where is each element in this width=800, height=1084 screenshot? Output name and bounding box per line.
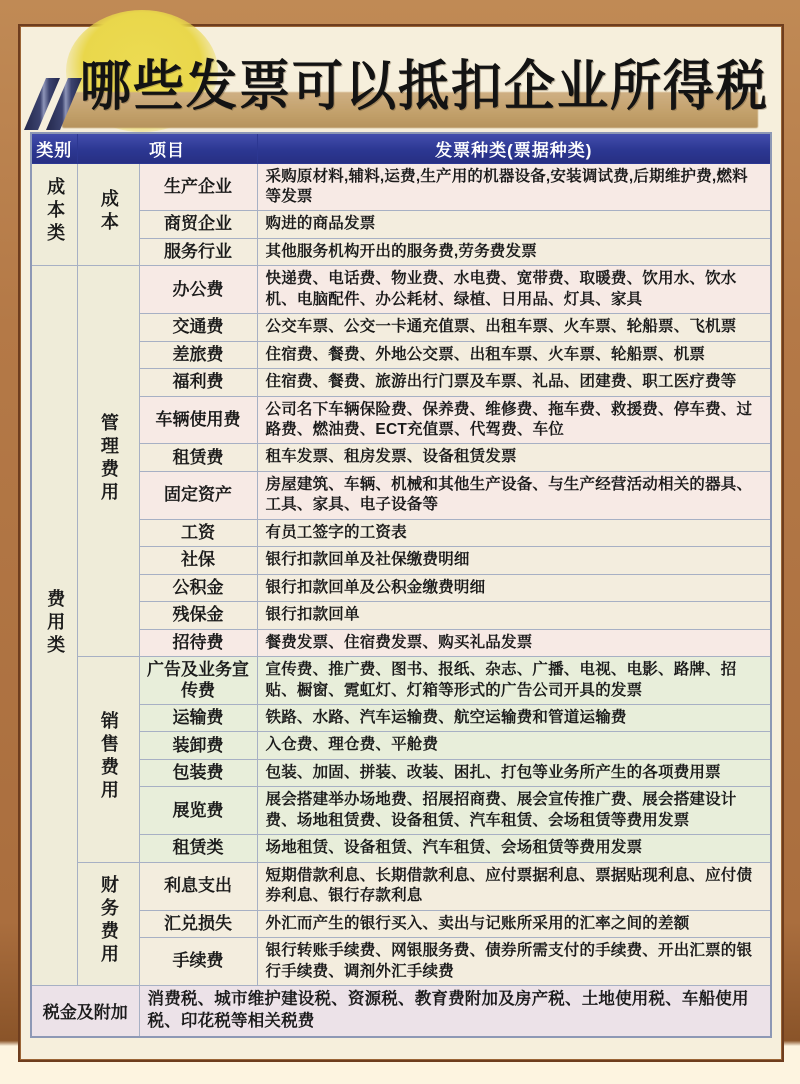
header-item: 项目 bbox=[77, 133, 257, 163]
invoice-desc-cell: 有员工签字的工资表 bbox=[257, 519, 771, 546]
invoice-desc-cell: 住宿费、餐费、旅游出行门票及车票、礼品、团建费、职工医疗费等 bbox=[257, 369, 771, 396]
item-cell: 生产企业 bbox=[139, 163, 257, 211]
item-cell: 工资 bbox=[139, 519, 257, 546]
table-row: 差旅费住宿费、餐费、外地公交票、出租车票、火车票、轮船票、机票 bbox=[31, 341, 771, 368]
table-row: 成本类成本生产企业采购原材料,辅料,运费,生产用的机器设备,安装调试费,后期维护… bbox=[31, 163, 771, 211]
table-header: 类别 项目 发票种类(票据种类) bbox=[31, 133, 771, 163]
table-body: 成本类成本生产企业采购原材料,辅料,运费,生产用的机器设备,安装调试费,后期维护… bbox=[31, 163, 771, 1037]
table-row: 固定资产房屋建筑、车辆、机械和其他生产设备、与生产经营活动相关的器具、工具、家具… bbox=[31, 471, 771, 519]
header-row: 类别 项目 发票种类(票据种类) bbox=[31, 133, 771, 163]
group-label: 成本 bbox=[98, 189, 118, 235]
invoice-desc-cell: 场地租赁、设备租赁、汽车租赁、会场租赁等费用发票 bbox=[257, 835, 771, 862]
header-invoice-type: 发票种类(票据种类) bbox=[257, 133, 771, 163]
table-row: 社保银行扣款回单及社保缴费明细 bbox=[31, 547, 771, 574]
invoice-desc-cell: 外汇而产生的银行买入、卖出与记账所采用的汇率之间的差额 bbox=[257, 910, 771, 937]
invoice-desc-cell: 展会搭建举办场地费、招展招商费、展会宣传推广费、展会搭建设计费、场地租赁费、设备… bbox=[257, 787, 771, 835]
invoice-desc-cell: 宣传费、推广费、图书、报纸、杂志、广播、电视、电影、路牌、招贴、橱窗、霓虹灯、灯… bbox=[257, 657, 771, 705]
table-row: 招待费餐费发票、住宿费发票、购买礼品发票 bbox=[31, 629, 771, 656]
invoice-desc-cell: 短期借款利息、长期借款利息、应付票据利息、票据贴现利息、应付债券利息、银行存款利… bbox=[257, 862, 771, 910]
invoice-desc-cell: 公司名下车辆保险费、保养费、维修费、拖车费、救援费、停车费、过路费、燃油费、EC… bbox=[257, 396, 771, 444]
table-row: 残保金银行扣款回单 bbox=[31, 602, 771, 629]
invoice-desc-cell: 住宿费、餐费、外地公交票、出租车票、火车票、轮船票、机票 bbox=[257, 341, 771, 368]
item-cell: 社保 bbox=[139, 547, 257, 574]
table-row: 汇兑损失外汇而产生的银行买入、卖出与记账所采用的汇率之间的差额 bbox=[31, 910, 771, 937]
category-cell: 费用类 bbox=[31, 266, 77, 986]
invoice-desc-cell: 银行扣款回单及公积金缴费明细 bbox=[257, 574, 771, 601]
header-category: 类别 bbox=[31, 133, 77, 163]
item-cell: 运输费 bbox=[139, 705, 257, 732]
item-cell: 招待费 bbox=[139, 629, 257, 656]
item-cell: 残保金 bbox=[139, 602, 257, 629]
item-cell: 交通费 bbox=[139, 314, 257, 341]
table-row: 装卸费入仓费、理仓费、平舱费 bbox=[31, 732, 771, 759]
invoice-desc-cell: 采购原材料,辅料,运费,生产用的机器设备,安装调试费,后期维护费,燃料等发票 bbox=[257, 163, 771, 211]
item-cell: 装卸费 bbox=[139, 732, 257, 759]
table-row-taxes: 税金及附加消费税、城市维护建设税、资源税、教育费附加及房产税、土地使用税、车船使… bbox=[31, 986, 771, 1037]
group-label: 财务费用 bbox=[98, 875, 118, 967]
item-cell: 利息支出 bbox=[139, 862, 257, 910]
invoice-desc-cell: 银行扣款回单 bbox=[257, 602, 771, 629]
taxes-category-cell: 税金及附加 bbox=[31, 986, 139, 1037]
table-row: 财务费用利息支出短期借款利息、长期借款利息、应付票据利息、票据贴现利息、应付债券… bbox=[31, 862, 771, 910]
item-cell: 差旅费 bbox=[139, 341, 257, 368]
table-row: 公积金银行扣款回单及公积金缴费明细 bbox=[31, 574, 771, 601]
table-row: 展览费展会搭建举办场地费、招展招商费、展会宣传推广费、展会搭建设计费、场地租赁费… bbox=[31, 787, 771, 835]
group-label: 管理费用 bbox=[98, 413, 118, 505]
item-cell: 展览费 bbox=[139, 787, 257, 835]
table-row: 包装费包装、加固、拼装、改装、困扎、打包等业务所产生的各项费用票 bbox=[31, 759, 771, 786]
taxes-desc-cell: 消费税、城市维护建设税、资源税、教育费附加及房产税、土地使用税、车船使用税、印花… bbox=[139, 986, 771, 1037]
group-cell: 管理费用 bbox=[77, 266, 139, 657]
table-row: 租赁费租车发票、租房发票、设备租赁发票 bbox=[31, 444, 771, 471]
invoice-desc-cell: 公交车票、公交一卡通充值票、出租车票、火车票、轮船票、飞机票 bbox=[257, 314, 771, 341]
item-cell: 广告及业务宣传费 bbox=[139, 657, 257, 705]
invoice-desc-cell: 房屋建筑、车辆、机械和其他生产设备、与生产经营活动相关的器具、工具、家具、电子设… bbox=[257, 471, 771, 519]
group-label: 销售费用 bbox=[98, 711, 118, 803]
table-row: 商贸企业购进的商品发票 bbox=[31, 211, 771, 238]
item-cell: 服务行业 bbox=[139, 238, 257, 265]
invoice-desc-cell: 购进的商品发票 bbox=[257, 211, 771, 238]
table-row: 手续费银行转账手续费、网银服务费、债券所需支付的手续费、开出汇票的银行手续费、调… bbox=[31, 938, 771, 986]
item-cell: 手续费 bbox=[139, 938, 257, 986]
group-cell: 财务费用 bbox=[77, 862, 139, 985]
table-row: 交通费公交车票、公交一卡通充值票、出租车票、火车票、轮船票、飞机票 bbox=[31, 314, 771, 341]
category-label: 费用类 bbox=[44, 589, 64, 658]
page-title: 哪些发票可以抵扣企业所得税 bbox=[80, 42, 769, 120]
item-cell: 福利费 bbox=[139, 369, 257, 396]
table-row: 福利费住宿费、餐费、旅游出行门票及车票、礼品、团建费、职工医疗费等 bbox=[31, 369, 771, 396]
table-row: 费用类管理费用办公费快递费、电话费、物业费、水电费、宽带费、取暖费、饮用水、饮水… bbox=[31, 266, 771, 314]
category-label: 成本类 bbox=[44, 177, 64, 246]
invoice-table: 类别 项目 发票种类(票据种类) 成本类成本生产企业采购原材料,辅料,运费,生产… bbox=[30, 132, 772, 1038]
page-panel: 哪些发票可以抵扣企业所得税 类别 项目 发票种类(票据种类) 成本类成本生产企业… bbox=[18, 24, 784, 1062]
item-cell: 办公费 bbox=[139, 266, 257, 314]
item-cell: 车辆使用费 bbox=[139, 396, 257, 444]
table-row: 服务行业其他服务机构开出的服务费,劳务费发票 bbox=[31, 238, 771, 265]
invoice-desc-cell: 铁路、水路、汽车运输费、航空运输费和管道运输费 bbox=[257, 705, 771, 732]
table-row: 销售费用广告及业务宣传费宣传费、推广费、图书、报纸、杂志、广播、电视、电影、路牌… bbox=[31, 657, 771, 705]
invoice-desc-cell: 银行扣款回单及社保缴费明细 bbox=[257, 547, 771, 574]
category-cell: 成本类 bbox=[31, 163, 77, 266]
infographic-root: 哪些发票可以抵扣企业所得税 类别 项目 发票种类(票据种类) 成本类成本生产企业… bbox=[0, 0, 800, 1084]
table-row: 租赁类场地租赁、设备租赁、汽车租赁、会场租赁等费用发票 bbox=[31, 835, 771, 862]
invoice-desc-cell: 餐费发票、住宿费发票、购买礼品发票 bbox=[257, 629, 771, 656]
item-cell: 固定资产 bbox=[139, 471, 257, 519]
group-cell: 销售费用 bbox=[77, 657, 139, 863]
item-cell: 租赁费 bbox=[139, 444, 257, 471]
title-area: 哪些发票可以抵扣企业所得税 bbox=[20, 26, 782, 130]
table-row: 运输费铁路、水路、汽车运输费、航空运输费和管道运输费 bbox=[31, 705, 771, 732]
item-cell: 公积金 bbox=[139, 574, 257, 601]
group-cell: 成本 bbox=[77, 163, 139, 266]
invoice-desc-cell: 租车发票、租房发票、设备租赁发票 bbox=[257, 444, 771, 471]
item-cell: 商贸企业 bbox=[139, 211, 257, 238]
invoice-desc-cell: 其他服务机构开出的服务费,劳务费发票 bbox=[257, 238, 771, 265]
item-cell: 汇兑损失 bbox=[139, 910, 257, 937]
invoice-desc-cell: 包装、加固、拼装、改装、困扎、打包等业务所产生的各项费用票 bbox=[257, 759, 771, 786]
table-row: 工资有员工签字的工资表 bbox=[31, 519, 771, 546]
invoice-desc-cell: 银行转账手续费、网银服务费、债券所需支付的手续费、开出汇票的银行手续费、调剂外汇… bbox=[257, 938, 771, 986]
item-cell: 包装费 bbox=[139, 759, 257, 786]
item-cell: 租赁类 bbox=[139, 835, 257, 862]
invoice-desc-cell: 入仓费、理仓费、平舱费 bbox=[257, 732, 771, 759]
invoice-desc-cell: 快递费、电话费、物业费、水电费、宽带费、取暖费、饮用水、饮水机、电脑配件、办公耗… bbox=[257, 266, 771, 314]
table-row: 车辆使用费公司名下车辆保险费、保养费、维修费、拖车费、救援费、停车费、过路费、燃… bbox=[31, 396, 771, 444]
